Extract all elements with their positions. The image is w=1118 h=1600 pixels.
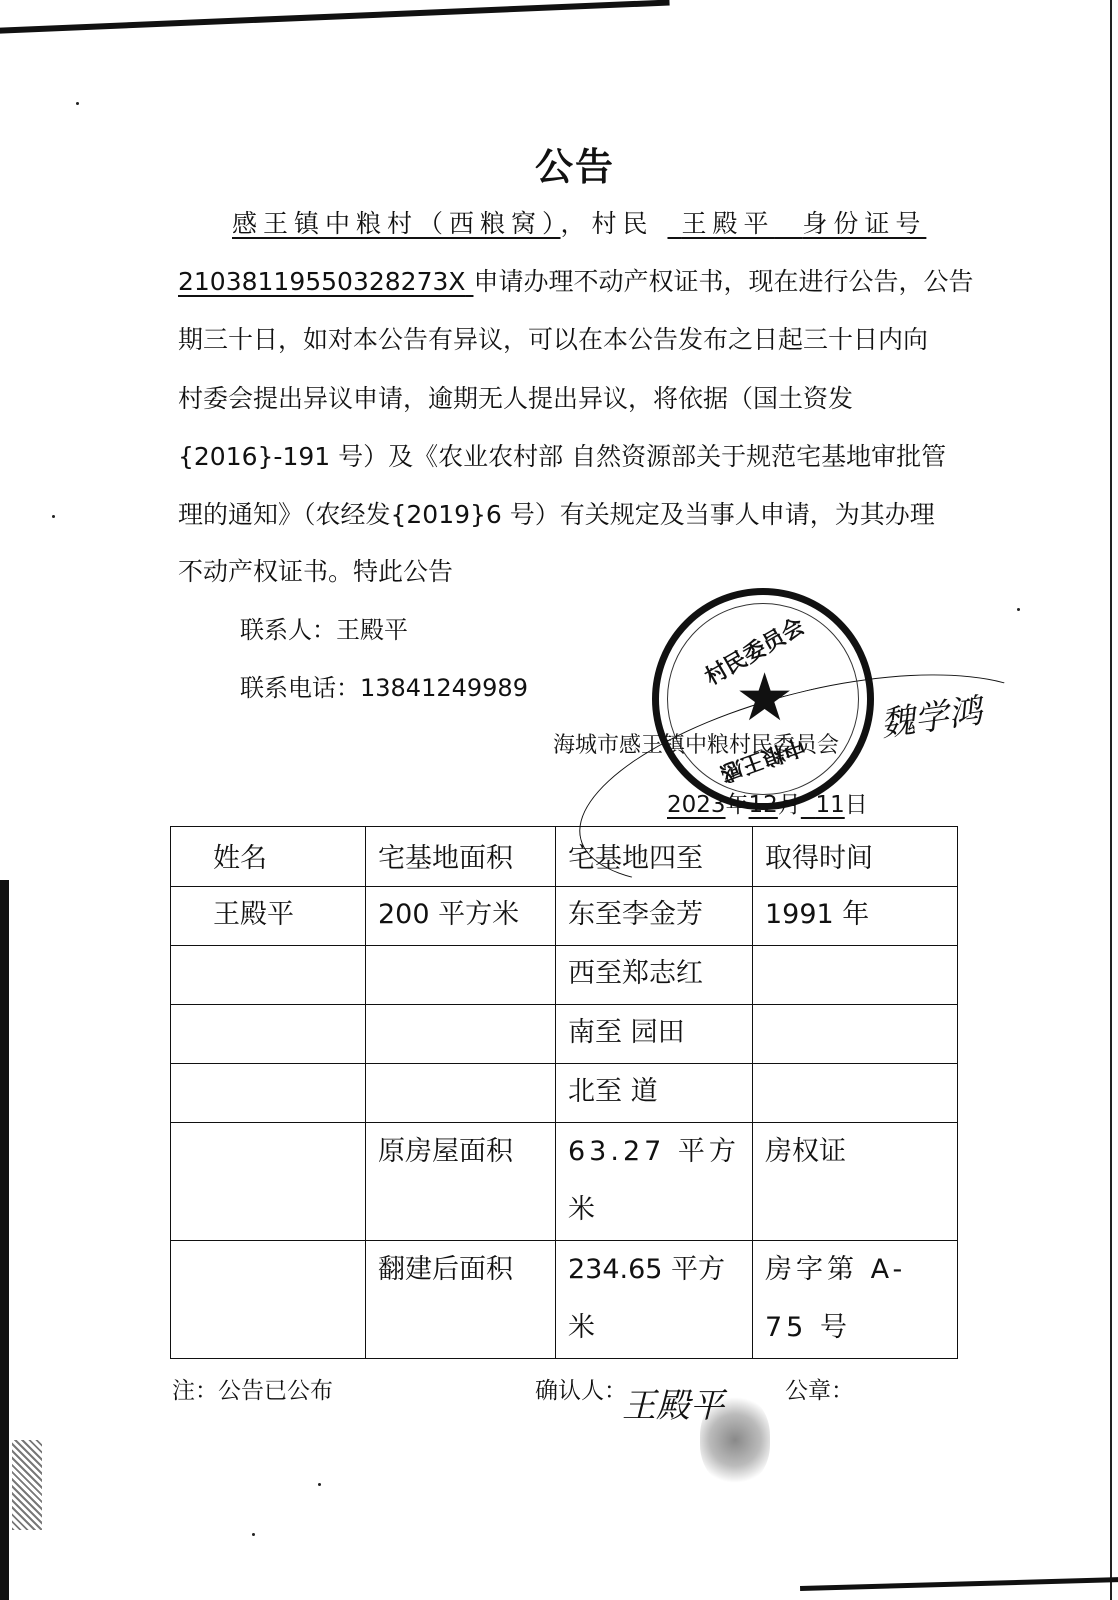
- cell: [171, 946, 366, 1005]
- intro-line-2: 21038119550328273X 申请办理不动产权证书，现在进行公告，公告: [178, 262, 958, 302]
- scan-smudge: [12, 1440, 42, 1530]
- villager-label: ，村民: [561, 209, 654, 238]
- cell: [366, 1005, 556, 1064]
- fingerprint-mark: [700, 1395, 770, 1485]
- cell: [366, 946, 556, 1005]
- contact-phone-value: 13841249989: [360, 674, 528, 702]
- header-acquired: 取得时间: [753, 827, 958, 887]
- contact-person-label: 联系人：: [240, 616, 336, 644]
- official-seal: ★ 村民委员会 中粮王感: [652, 588, 874, 810]
- scan-speck: [252, 1533, 255, 1536]
- cell: 翻建后面积: [366, 1241, 556, 1359]
- applicant-name: 王殿平: [681, 209, 774, 238]
- date-day-label: 日: [845, 792, 868, 818]
- cell: 200 平方米: [366, 887, 556, 946]
- body-line: {2016}-191 号）及《农业农村部 自然资源部关于规范宅基地审批管: [178, 437, 958, 477]
- date-month-label: 月: [778, 792, 801, 818]
- table-row: 西至郑志红: [171, 946, 958, 1005]
- cell: [171, 1064, 366, 1123]
- table-row: 北至 道: [171, 1064, 958, 1123]
- cell: [171, 1123, 366, 1241]
- cell: 1991 年: [753, 887, 958, 946]
- table-row: 王殿平 200 平方米 东至李金芳 1991 年: [171, 887, 958, 946]
- scan-speck: [76, 102, 79, 105]
- header-area: 宅基地面积: [366, 827, 556, 887]
- cell: 东至李金芳: [556, 887, 753, 946]
- cell: 西至郑志红: [556, 946, 753, 1005]
- confirmer-label: 确认人：: [535, 1372, 627, 1405]
- contact-phone-label: 联系电话：: [240, 674, 360, 702]
- scan-edge-bottom: [800, 1577, 1118, 1591]
- cell: [171, 1005, 366, 1064]
- body-line: 村委会提出异议申请，逾期无人提出异议，将依据（国土资发: [178, 379, 958, 419]
- id-label: 身份证号: [802, 209, 926, 238]
- cell: 房字第 A-75 号: [753, 1241, 958, 1359]
- cell: 234.65 平方米: [556, 1241, 753, 1359]
- issue-date: 2023年12月 11日: [667, 786, 868, 819]
- contact-person-value: 王殿平: [336, 616, 408, 644]
- issuer-name: 海城市感王镇中粮村民委员会: [553, 728, 839, 759]
- scan-speck: [52, 515, 55, 518]
- scan-edge-right: [1110, 0, 1112, 1600]
- date-month: 12: [749, 792, 778, 818]
- date-day: 11: [815, 792, 844, 818]
- cell: [366, 1064, 556, 1123]
- table-row: 南至 园田: [171, 1005, 958, 1064]
- header-name: 姓名: [171, 827, 366, 887]
- body-line: 理的通知》（农经发{2019}6 号）有关规定及当事人申请，为其办理: [178, 495, 958, 535]
- seal-label: 公章：: [785, 1372, 854, 1405]
- intro-line-1: 感王镇中粮村（西粮窝），村民 王殿平 身份证号: [232, 204, 958, 244]
- village-name: 感王镇中粮村（西粮窝）: [232, 209, 561, 238]
- cell: 原房屋面积: [366, 1123, 556, 1241]
- scan-speck: [318, 1483, 321, 1486]
- cell: [753, 1064, 958, 1123]
- cell: 南至 园田: [556, 1005, 753, 1064]
- date-year-label: 年: [726, 792, 749, 818]
- header-boundaries: 宅基地四至: [556, 827, 753, 887]
- cell: 房权证: [753, 1123, 958, 1241]
- table-row: 原房屋面积 63.27 平方米 房权证: [171, 1123, 958, 1241]
- applicant-name-and-id-label: 王殿平 身份证号: [667, 209, 926, 238]
- scan-edge-top: [0, 0, 670, 34]
- id-number: 21038119550328273X: [178, 267, 466, 296]
- date-year: 2023: [667, 792, 726, 818]
- star-icon: ★: [735, 665, 794, 731]
- contact-person: 联系人：王殿平: [240, 610, 408, 645]
- cell: [171, 1241, 366, 1359]
- underline-pad: [801, 792, 816, 818]
- cell: 北至 道: [556, 1064, 753, 1123]
- application-text: 申请办理不动产权证书，现在进行公告，公告: [473, 267, 973, 296]
- body-line: 不动产权证书。特此公告: [178, 552, 958, 592]
- body-line: 期三十日，如对本公告有异议，可以在本公告发布之日起三十日内向: [178, 320, 958, 360]
- cell: [753, 946, 958, 1005]
- footer-note: 注：公告已公布: [172, 1372, 333, 1405]
- table-row: 翻建后面积 234.65 平方米 房字第 A-75 号: [171, 1241, 958, 1359]
- cell: 63.27 平方米: [556, 1123, 753, 1241]
- homestead-table: 姓名 宅基地面积 宅基地四至 取得时间 王殿平 200 平方米 东至李金芳 19…: [170, 826, 958, 1359]
- page-title: 公告: [0, 136, 1118, 191]
- scan-speck: [1017, 608, 1020, 611]
- cell: [753, 1005, 958, 1064]
- cell: 王殿平: [171, 887, 366, 946]
- table-header-row: 姓名 宅基地面积 宅基地四至 取得时间: [171, 827, 958, 887]
- contact-phone: 联系电话：13841249989: [240, 668, 528, 703]
- scan-edge-left: [0, 880, 9, 1600]
